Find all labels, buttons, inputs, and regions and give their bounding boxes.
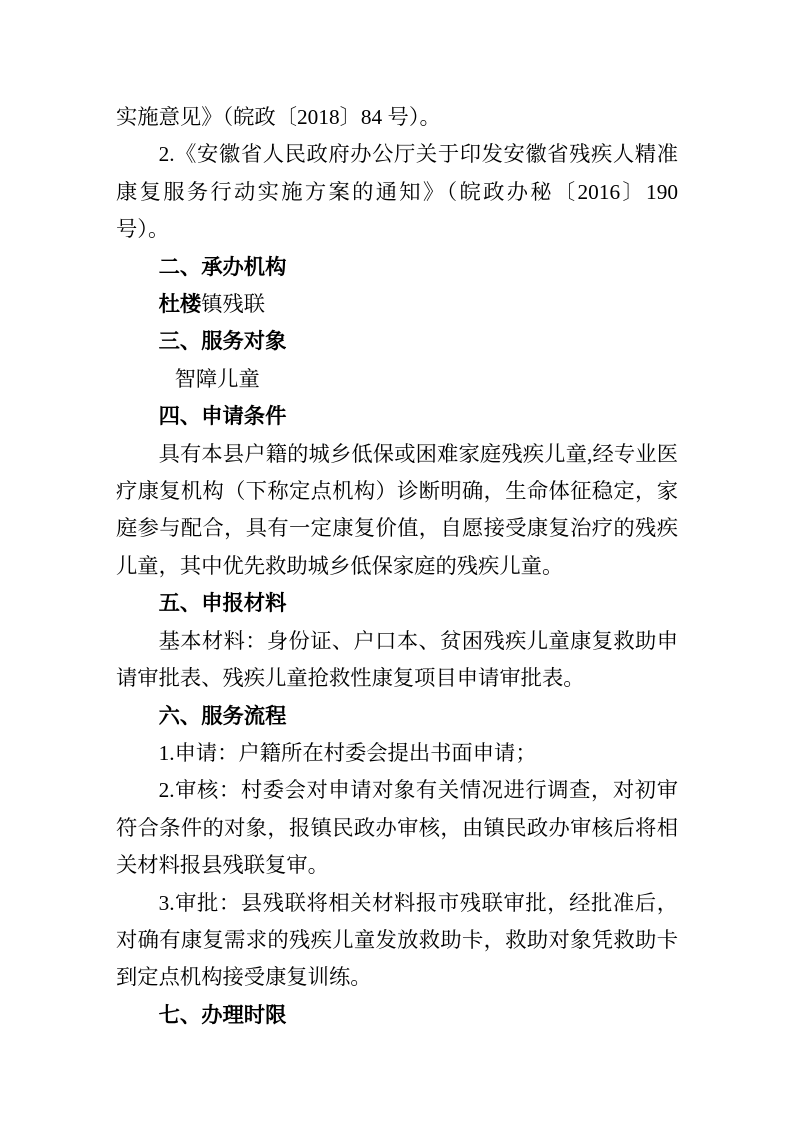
document-page: 实施意见》（皖政〔2018〕84 号）。 2.《安徽省人民政府办公厅关于印发安徽…	[0, 0, 793, 1122]
heading-section-5-application-materials: 五、申报材料	[116, 585, 678, 622]
heading-section-6-service-process: 六、服务流程	[116, 698, 678, 735]
document-content: 实施意见》（皖政〔2018〕84 号）。 2.《安徽省人民政府办公厅关于印发安徽…	[116, 99, 678, 1034]
heading-section-3-service-target: 三、服务对象	[116, 323, 678, 360]
paragraph-continuation-basis-1: 实施意见》（皖政〔2018〕84 号）。	[116, 99, 678, 136]
agency-name-bold-run: 杜楼	[159, 292, 202, 316]
paragraph-process-step-2-review: 2.审核：村委会对申请对象有关情况进行调查，对初审符合条件的对象，报镇民政办审核…	[116, 772, 678, 884]
paragraph-application-conditions: 具有本县户籍的城乡低保或困难家庭残疾儿童,经专业医疗康复机构（下称定点机构）诊断…	[116, 436, 678, 586]
heading-section-2-undertaking-agency: 二、承办机构	[116, 249, 678, 286]
paragraph-application-materials: 基本材料：身份证、户口本、贫困残疾儿童康复救助申请审批表、残疾儿童抢救性康复项目…	[116, 623, 678, 698]
heading-section-7-processing-time-limit: 七、办理时限	[116, 997, 678, 1034]
paragraph-basis-2: 2.《安徽省人民政府办公厅关于印发安徽省残疾人精准康复服务行动实施方案的通知》（…	[116, 136, 678, 248]
paragraph-process-step-1-apply: 1.申请：户籍所在村委会提出书面申请；	[116, 735, 678, 772]
paragraph-process-step-3-approve: 3.审批：县残联将相关材料报市残联审批，经批准后，对确有康复需求的残疾儿童发放救…	[116, 885, 678, 997]
heading-section-4-application-conditions: 四、申请条件	[116, 398, 678, 435]
agency-name-rest-run: 镇残联	[201, 292, 265, 316]
paragraph-service-target: 智障儿童	[116, 361, 678, 398]
paragraph-agency: 杜楼镇残联	[116, 286, 678, 323]
